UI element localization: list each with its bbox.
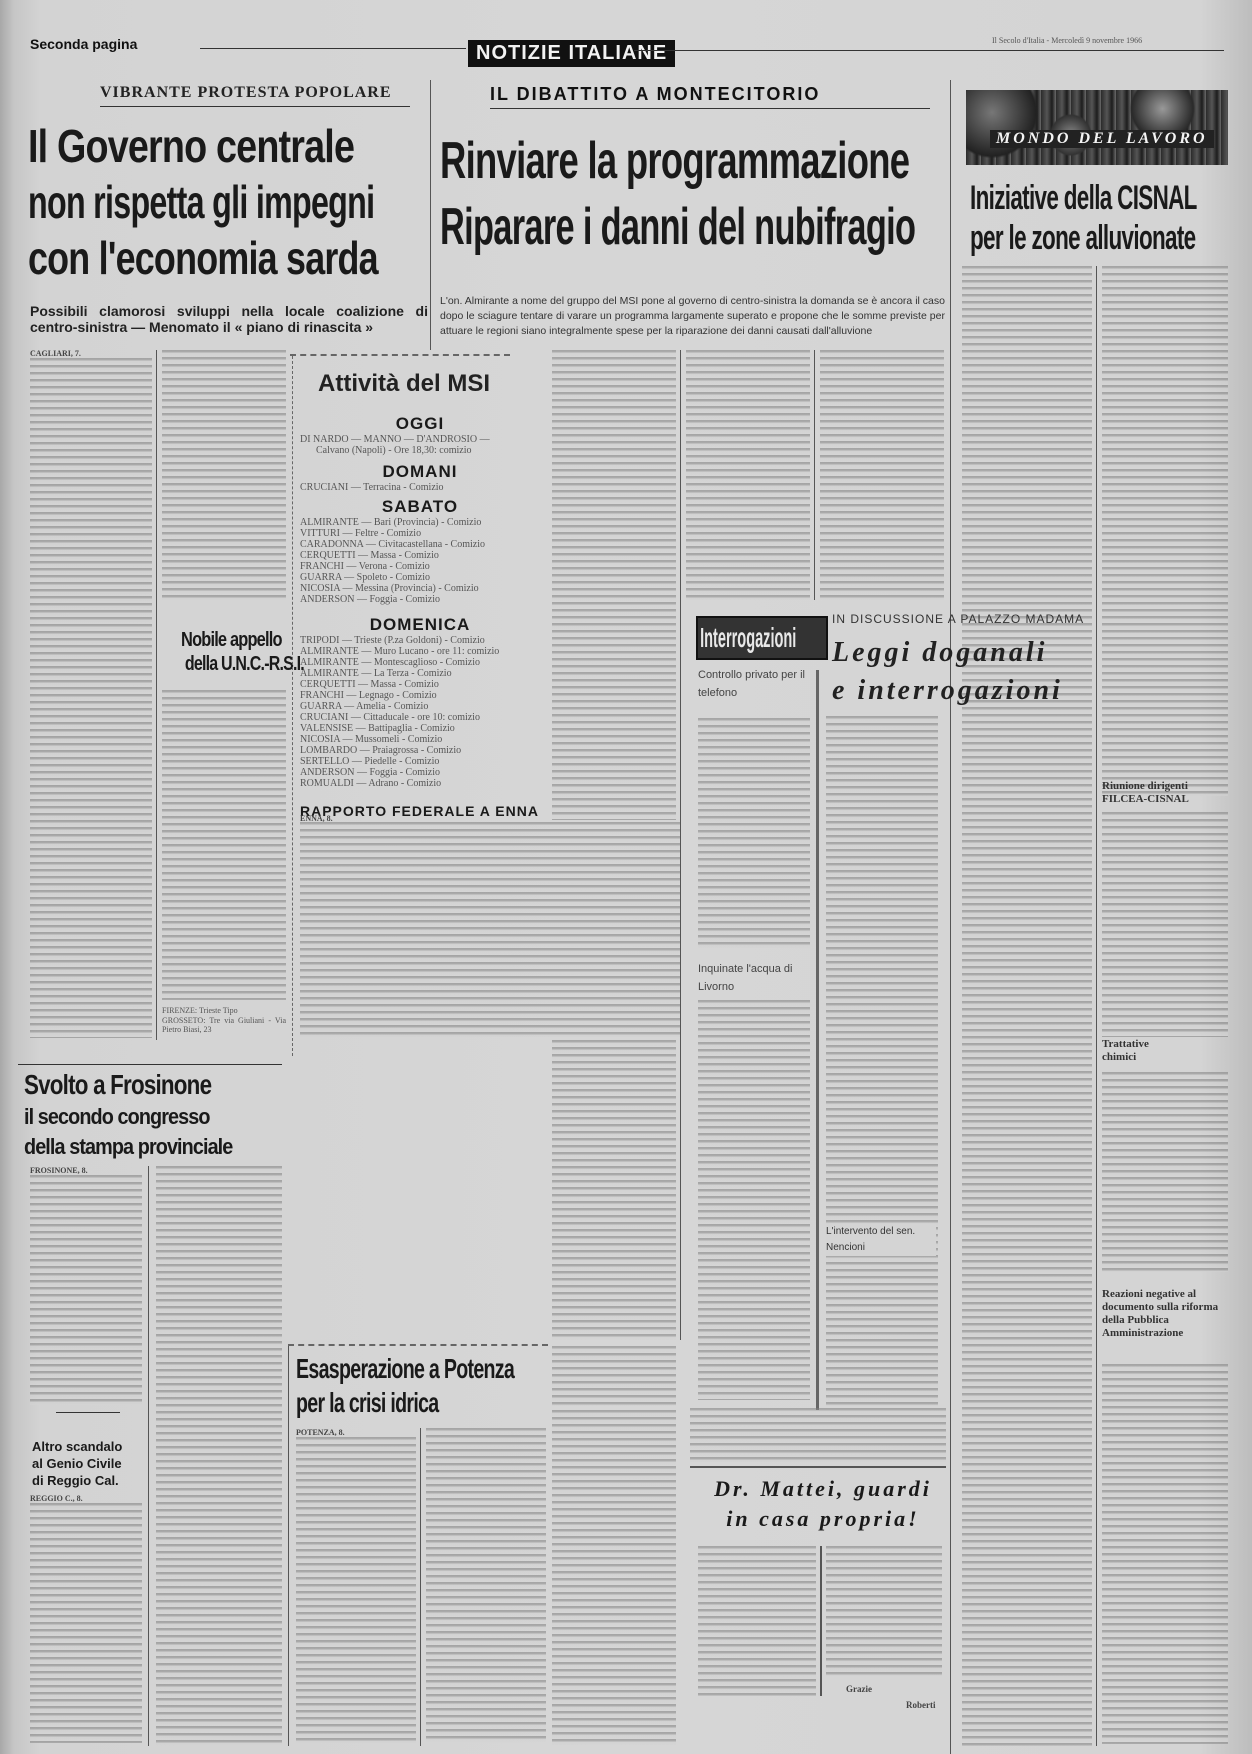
schedule-row: ALMIRANTE — Bari (Provincia) - Comizio (300, 517, 540, 528)
schedule-row: CRUCIANI — Terracina - Comizio (300, 482, 540, 493)
article-body-cisnal-1 (962, 266, 1092, 1746)
headline-sardinia: Il Governo centrale non rispetta gli imp… (28, 118, 428, 286)
masthead-rule-left (200, 48, 466, 49)
headline-line: Dr. Mattei, guardi (700, 1474, 946, 1504)
article-body-reggio (30, 1503, 142, 1743)
dateline-frosinone: FROSINONE, 8. (30, 1166, 88, 1175)
article-body-palazzo-1 (826, 716, 938, 1406)
schedule-row: CERQUETTI — Massa - Comizio (300, 550, 540, 561)
article-body-montecitorio-6 (552, 1410, 676, 1746)
article-body-cisnal-5 (1102, 1364, 1228, 1744)
section-dashed-rule (290, 354, 510, 356)
column-divider (820, 1546, 822, 1696)
section-rule (690, 1466, 946, 1468)
column-divider (430, 80, 431, 350)
headline-line: il secondo congresso (24, 1102, 260, 1132)
dateline-potenza: POTENZA, 8. (296, 1428, 345, 1437)
headline-line: in casa propria! (700, 1504, 946, 1534)
headline-line: Il Governo centrale (28, 118, 356, 174)
unc-footer-row: FIRENZE: Trieste Tipo (162, 1006, 286, 1016)
article-body-montecitorio-4 (552, 1040, 676, 1340)
kicker-palazzo-madama: IN DISCUSSIONE A PALAZZO MADAMA (832, 612, 1084, 626)
schedule-row: ROMUALDI — Adrano - Comizio (300, 778, 540, 789)
kicker-underline (490, 108, 930, 109)
mattei-signature-right: Roberti (906, 1700, 936, 1710)
headline-frosinone: Svolto a Frosinone il secondo congresso … (24, 1068, 286, 1162)
section-rule (56, 1412, 120, 1413)
schedule-row: GUARRA — Spoleto - Comizio (300, 572, 540, 583)
column-divider (814, 350, 815, 600)
headline-line: per le zone alluvionate (970, 218, 1142, 258)
column-divider (148, 1166, 149, 1746)
section-rule (18, 1064, 282, 1065)
headline-mattei: Dr. Mattei, guardi in casa propria! (700, 1474, 946, 1534)
headline-line: Svolto a Frosinone (24, 1068, 234, 1102)
headline-line: di Reggio Cal. (32, 1472, 144, 1489)
headline-line: e interrogazioni (832, 672, 944, 710)
schedule-row: VALENSISE — Battipaglia - Comizio (300, 723, 540, 734)
article-body-enna (300, 822, 680, 1037)
schedule-rows-sabato: ALMIRANTE — Bari (Provincia) - ComizioVI… (300, 517, 540, 605)
headline-reggio: Altro scandalo al Genio Civile di Reggio… (32, 1438, 144, 1489)
kicker-montecitorio: IL DIBATTITO A MONTECITORIO (490, 84, 820, 105)
headline-line: Leggi doganali (832, 634, 944, 672)
subhead-riforma: Reazioni negative al documento sulla rif… (1102, 1288, 1222, 1340)
article-body-montecitorio-3 (820, 350, 944, 600)
section-label: Seconda pagina (30, 36, 137, 52)
article-body-col2 (162, 350, 286, 600)
article-body-mattei-1 (698, 1546, 816, 1696)
schedule-row: VITTURI — Feltre - Comizio (300, 528, 540, 539)
article-body-cisnal-2 (1102, 266, 1228, 796)
headline-cisnal: Iniziative della CISNAL per le zone allu… (970, 178, 1230, 258)
headline-line: al Genio Civile (32, 1455, 144, 1472)
schedule-row: ALMIRANTE — Montescaglioso - Comizio (300, 657, 540, 668)
headline-palazzo-madama: Leggi doganali e interrogazioni (832, 634, 944, 710)
headline-line: Iniziative della CISNAL (970, 178, 1142, 218)
schedule-row: LOMBARDO — Praiagrossa - Comizio (300, 745, 540, 756)
schedule-row: NICOSIA — Mussomeli - Comizio (300, 734, 540, 745)
article-body-potenza-2 (426, 1428, 546, 1743)
schedule-row: TRIPODI — Trieste (P.za Goldoni) - Comiz… (300, 635, 540, 646)
column-divider (288, 1346, 289, 1746)
unc-footer-row: GROSSETO: Tre via Giuliani - Via Pietro … (162, 1016, 286, 1035)
subhead-filcea: Riunione dirigenti FILCEA-CISNAL (1102, 780, 1228, 806)
mondo-lavoro-photo-banner (966, 90, 1228, 165)
interrogazioni-box: Interrogazioni (696, 616, 828, 660)
msi-activities-title: Attività del MSI (318, 370, 490, 398)
kicker-sardinia: VIBRANTE PROTESTA POPOLARE (100, 84, 392, 102)
schedule-row: CARADONNA — Civitacastellana - Comizio (300, 539, 540, 550)
msi-schedule: OGGI DI NARDO — MANNO — D'ANDROSIO — Cal… (300, 412, 540, 819)
schedule-row: DI NARDO — MANNO — D'ANDROSIO — (300, 434, 540, 445)
kicker-underline (100, 106, 410, 107)
headline-line: della stampa provinciale (24, 1132, 260, 1162)
mattei-signature-left: Grazie (846, 1684, 872, 1694)
article-body-cisnal-4 (1102, 1072, 1228, 1272)
column-divider (1096, 266, 1097, 1746)
headline-line: con l'economia sarda (28, 230, 340, 286)
column-divider (680, 350, 681, 1340)
schedule-row: FRANCHI — Legnago - Comizio (300, 690, 540, 701)
schedule-day: DOMENICA (300, 615, 540, 635)
headline-unc: Nobile appello della U.N.C.-R.S.I. (170, 628, 280, 676)
article-body-cisnal-3 (1102, 812, 1228, 1037)
rapporto-title: RAPPORTO FEDERALE A ENNA (300, 803, 540, 819)
article-body-potenza-1 (296, 1437, 416, 1743)
headline-potenza: Esasperazione a Potenza per la crisi idr… (296, 1352, 556, 1420)
headline-montecitorio: Rinviare la programmazione Riparare i da… (440, 128, 950, 260)
article-body-unc (162, 690, 286, 1000)
interrogazione-title: Controllo privato per il telefono (698, 666, 808, 702)
newspaper-date: Il Secolo d'Italia - Mercoledì 9 novembr… (992, 36, 1142, 45)
headline-line: Esasperazione a Potenza (296, 1352, 478, 1386)
schedule-day: DOMANI (300, 462, 540, 482)
article-body-montecitorio-1 (552, 350, 676, 820)
dateline-reggio: REGGIO C., 8. (30, 1494, 83, 1503)
article-body-frosinone-2 (156, 1166, 282, 1746)
column-divider (420, 1428, 421, 1746)
schedule-rows-domenica: TRIPODI — Trieste (P.za Goldoni) - Comiz… (300, 635, 540, 789)
article-body-montecitorio-2 (686, 350, 810, 600)
headline-line: della U.N.C.-R.S.I. (185, 652, 304, 676)
article-body-montecitorio-5 (552, 1346, 676, 1406)
subhead-trattative: Trattative chimici (1102, 1038, 1182, 1064)
section-banner: NOTIZIE ITALIANE (468, 40, 675, 67)
column-divider (816, 670, 819, 1410)
column-divider (950, 80, 951, 1754)
section-dashed-rule (288, 1344, 548, 1346)
schedule-row: ALMIRANTE — La Terza - Comizio (300, 668, 540, 679)
schedule-row: CRUCIANI — Cittaducale - ore 10: comizio (300, 712, 540, 723)
headline-line: non rispetta gli impegni (28, 174, 308, 230)
interrogazione-title: Inquinate l'acqua di Livorno (698, 960, 808, 996)
schedule-row: Calvano (Napoli) - Ore 18,30: comizio (300, 445, 540, 456)
box-border-left (292, 356, 294, 1056)
schedule-row: ALMIRANTE — Muro Lucano - ore 11: comizi… (300, 646, 540, 657)
headline-line: Nobile appello (181, 628, 282, 652)
schedule-day: SABATO (300, 497, 540, 517)
column-divider (156, 350, 157, 1040)
schedule-row: FRANCHI — Verona - Comizio (300, 561, 540, 572)
interrogazioni-title: Interrogazioni (698, 618, 765, 658)
newspaper-page: Seconda pagina NOTIZIE ITALIANE Il Secol… (0, 0, 1252, 1754)
headline-line: Rinviare la programmazione (440, 128, 797, 194)
article-body-mattei-2 (826, 1546, 942, 1676)
schedule-day: OGGI (300, 414, 540, 434)
schedule-row: SERTELLO — Piedelle - Comizio (300, 756, 540, 767)
unc-footer: FIRENZE: Trieste Tipo GROSSETO: Tre via … (162, 1006, 286, 1035)
schedule-row: ANDERSON — Foggia - Comizio (300, 767, 540, 778)
schedule-row: NICOSIA — Messina (Provincia) - Comizio (300, 583, 540, 594)
article-body-col1 (30, 358, 152, 1038)
masthead-rule-right (634, 50, 1224, 51)
subheadline-sardinia: Possibili clamorosi sviluppi nella local… (30, 303, 428, 335)
mondo-lavoro-banner: MONDO DEL LAVORO (990, 130, 1214, 148)
schedule-row: ANDERSON — Foggia - Comizio (300, 594, 540, 605)
schedule-row: GUARRA — Amelia - Comizio (300, 701, 540, 712)
interrogazione-body (698, 1000, 810, 1400)
subhead-nencioni: L'intervento del sen. Nencioni (826, 1224, 936, 1256)
dateline-sardinia: CAGLIARI, 7. (30, 349, 81, 358)
headline-line: Altro scandalo (32, 1438, 144, 1455)
article-body-frosinone-1 (30, 1175, 142, 1405)
schedule-row: CERQUETTI — Massa - Comizio (300, 679, 540, 690)
headline-line: Riparare i danni del nubifragio (440, 194, 777, 260)
summary-montecitorio: L'on. Almirante a nome del gruppo del MS… (440, 294, 945, 339)
article-body-above-mattei (690, 1408, 946, 1462)
interrogazione-body (698, 718, 810, 948)
headline-line: per la crisi idrica (296, 1386, 478, 1420)
